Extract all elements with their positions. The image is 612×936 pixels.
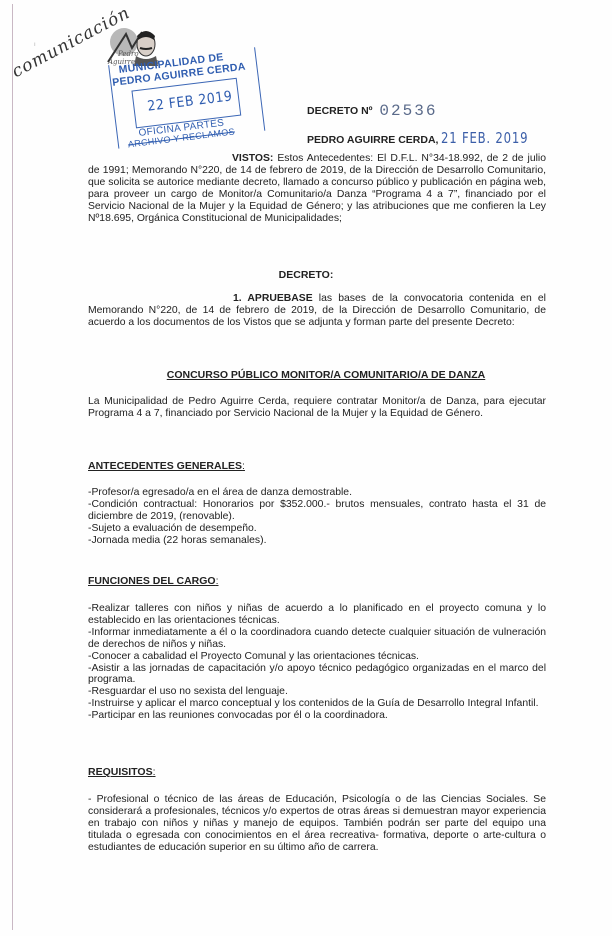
- vistos-paragraph: VISTOS: Estos Antecedentes: El D.F.L. N°…: [88, 153, 546, 224]
- list-item: - Profesional o técnico de las áreas de …: [88, 794, 546, 854]
- requisitos-list: - Profesional o técnico de las áreas de …: [88, 794, 546, 854]
- punch-mark: ı: [34, 42, 36, 48]
- funciones-title-text: FUNCIONES DEL CARGO: [88, 575, 216, 587]
- vistos-text: Estos Antecedentes: El D.F.L. N°34-18.99…: [88, 153, 546, 224]
- antecedentes-title-text: ANTECEDENTES GENERALES: [88, 460, 242, 472]
- decreto-heading: DECRETO:: [0, 269, 612, 281]
- requisitos-title: REQUISITOS:: [88, 766, 156, 778]
- document-page: ı ˉ comunicación Pedro Aguirre Cerda MUN…: [0, 0, 612, 936]
- list-item: -Resguardar el uso no sexista del lengua…: [88, 686, 546, 698]
- place-date-line: PEDRO AGUIRRE CERDA, 21 FEB. 2019: [307, 129, 553, 147]
- funciones-title: FUNCIONES DEL CARGO:: [88, 575, 219, 587]
- apruebase-label: 1. APRUEBASE: [233, 293, 313, 304]
- list-item: -Jornada media (22 horas semanales).: [88, 535, 546, 547]
- place-label: PEDRO AGUIRRE CERDA,: [307, 134, 438, 146]
- list-item: -Profesor/a egresado/a en el área de dan…: [88, 487, 546, 499]
- scan-edge-line: [12, 4, 13, 930]
- concurso-title: CONCURSO PÚBLICO MONITOR/A COMUNITARIO/A…: [20, 369, 612, 381]
- antecedentes-list: -Profesor/a egresado/a en el área de dan…: [88, 487, 546, 547]
- list-item: -Condición contractual: Honorarios por $…: [88, 499, 546, 523]
- requisitos-title-text: REQUISITOS: [88, 766, 153, 778]
- list-item: -Realizar talleres con niños y niñas de …: [88, 603, 546, 627]
- funciones-list: -Realizar talleres con niños y niñas de …: [88, 603, 546, 722]
- list-item: -Sujeto a evaluación de desempeño.: [88, 523, 546, 535]
- list-item: -Conocer a cabalidad el Proyecto Comunal…: [88, 651, 546, 663]
- reception-stamp: MUNICIPALIDAD DE PEDRO AGUIRRE CERDA 22 …: [107, 35, 266, 148]
- list-item: -Asistir a las jornadas de capacitación …: [88, 663, 546, 687]
- apruebase-text: las bases de la convocatoria contenida e…: [88, 293, 546, 328]
- vistos-label: VISTOS:: [232, 153, 273, 164]
- decree-label: DECRETO Nº: [307, 105, 372, 117]
- decree-date: 21 FEB. 2019: [441, 129, 528, 147]
- list-item: -Participar en las reuniones convocadas …: [88, 710, 546, 722]
- antecedentes-title: ANTECEDENTES GENERALES:: [88, 460, 245, 472]
- list-item: -Instruirse y aplicar el marco conceptua…: [88, 698, 546, 710]
- list-item: -Informar inmediatamente a él o la coord…: [88, 627, 546, 651]
- apruebase-paragraph: 1. APRUEBASE las bases de la convocatori…: [88, 293, 546, 329]
- decree-number: 02536: [379, 102, 437, 120]
- decree-number-line: DECRETO Nº 02536: [307, 101, 437, 119]
- concurso-intro: La Municipalidad de Pedro Aguirre Cerda,…: [88, 396, 546, 420]
